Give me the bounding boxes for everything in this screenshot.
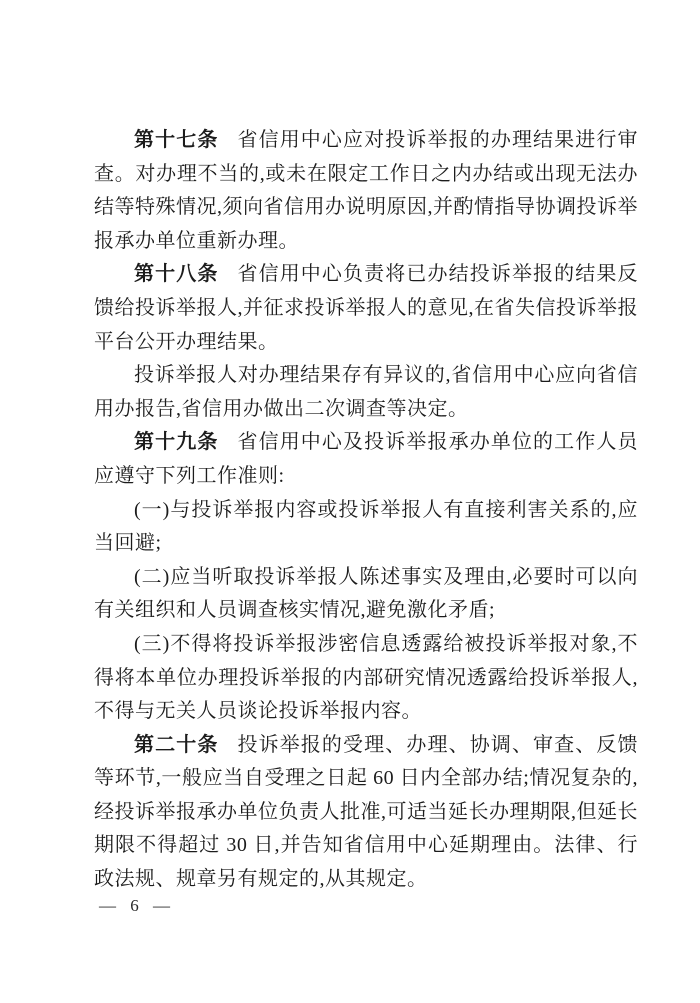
paragraph-text: (三)不得将投诉举报涉密信息透露给被投诉举报对象,不得将本单位办理投诉举报的内部… — [94, 633, 638, 722]
paragraph-item-2: (二)应当听取投诉举报人陈述事实及理由,必要时可以向有关组织和人员调查核实情况,… — [94, 561, 638, 628]
paragraph-article-18: 第十八条省信用中心负责将已办结投诉举报的结果反馈给投诉举报人,并征求投诉举报人的… — [94, 258, 638, 359]
article-number: 第十七条 — [134, 129, 218, 151]
paragraph-article-20: 第二十条投诉举报的受理、办理、协调、审查、反馈等环节,一般应当自受理之日起 60… — [94, 729, 638, 897]
page-number: — 6 — — [99, 896, 171, 916]
paragraph-article-19: 第十九条省信用中心及投诉举报承办单位的工作人员应遵守下列工作准则: — [94, 426, 638, 493]
paragraph-text: (一)与投诉举报内容或投诉举报人有直接利害关系的,应当回避; — [94, 499, 638, 555]
paragraph-text: 投诉举报人对办理结果存有异议的,省信用中心应向省信用办报告,省信用办做出二次调查… — [94, 364, 638, 420]
article-number: 第十九条 — [134, 431, 218, 453]
document-page: 第十七条省信用中心应对投诉举报的办理结果进行审查。对办理不当的,或未在限定工作日… — [0, 0, 700, 1003]
article-number: 第十八条 — [134, 263, 218, 285]
paragraph-item-3: (三)不得将投诉举报涉密信息透露给被投诉举报对象,不得将本单位办理投诉举报的内部… — [94, 628, 638, 729]
paragraph-article-17: 第十七条省信用中心应对投诉举报的办理结果进行审查。对办理不当的,或未在限定工作日… — [94, 124, 638, 258]
paragraph-text: (二)应当听取投诉举报人陈述事实及理由,必要时可以向有关组织和人员调查核实情况,… — [94, 566, 638, 622]
paragraph-text: 投诉举报的受理、办理、协调、审查、反馈等环节,一般应当自受理之日起 60 日内全… — [94, 734, 638, 890]
article-number: 第二十条 — [134, 734, 218, 756]
document-body: 第十七条省信用中心应对投诉举报的办理结果进行审查。对办理不当的,或未在限定工作日… — [94, 124, 638, 897]
paragraph-item-1: (一)与投诉举报内容或投诉举报人有直接利害关系的,应当回避; — [94, 494, 638, 561]
paragraph-article-18-continuation: 投诉举报人对办理结果存有异议的,省信用中心应向省信用办报告,省信用办做出二次调查… — [94, 359, 638, 426]
